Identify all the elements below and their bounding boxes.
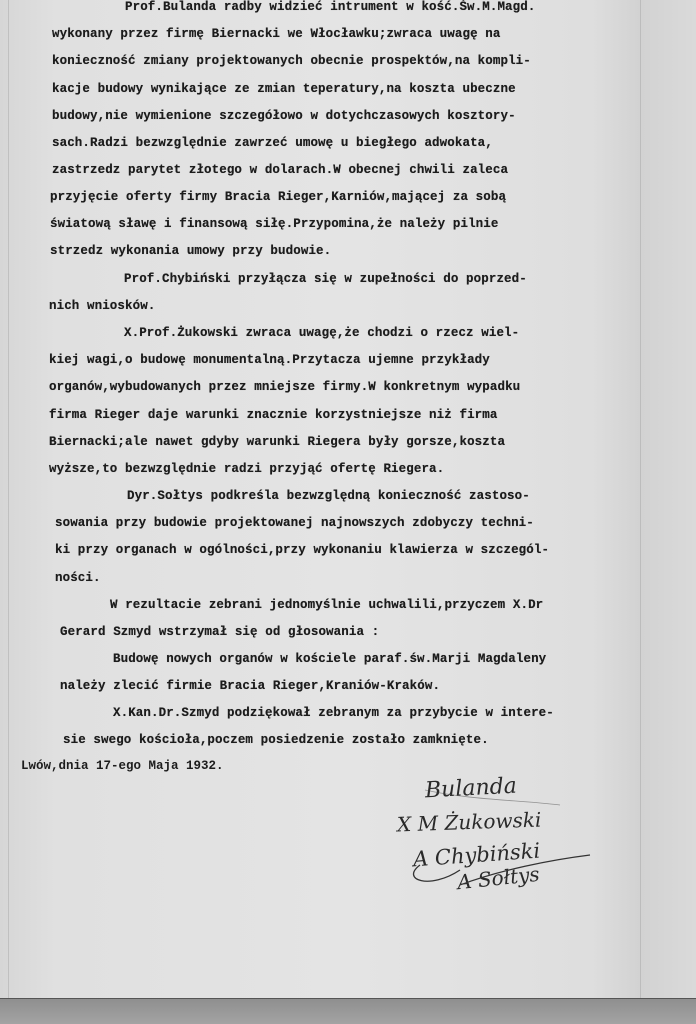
text-line: wykonany przez firmę Biernacki we Włocła… — [52, 27, 500, 41]
text-line: konieczność zmiany projektowanych obecni… — [52, 54, 531, 68]
text-line: Gerard Szmyd wstrzymał się od głosowania… — [60, 625, 379, 639]
text-line: kacje budowy wynikające ze zmian teperat… — [52, 82, 516, 96]
text-line: kiej wagi,o budowę monumentalną.Przytacz… — [49, 353, 490, 367]
text-line: sach.Radzi bezwzględnie zawrzeć umowę u … — [52, 136, 493, 150]
text-line: Budowę nowych organów w kościele paraf.ś… — [113, 652, 546, 666]
text-line: sowania przy budowie projektowanej najno… — [55, 516, 534, 530]
text-line: nich wniosków. — [49, 299, 155, 313]
text-line: Prof.Bulanda radby widzieć intrument w k… — [125, 0, 535, 14]
text-line: budowy,nie wymienione szczegółowo w doty… — [52, 109, 516, 123]
paper-edge — [8, 0, 9, 998]
text-line: strzedz wykonania umowy przy budowie. — [50, 244, 331, 258]
text-line: W rezultacie zebrani jednomyślnie uchwal… — [110, 598, 543, 612]
text-line: sie swego kościoła,poczem posiedzenie zo… — [63, 733, 489, 747]
text-line: Dyr.Sołtys podkreśla bezwzględną koniecz… — [127, 489, 530, 503]
text-line: ności. — [55, 571, 101, 585]
paper-fold — [640, 0, 641, 998]
place-date-line: Lwów,dnia 17-ego Maja 1932. — [21, 759, 224, 773]
text-line: organów,wybudowanych przez mniejsze firm… — [49, 380, 520, 394]
text-line: Biernacki;ale nawet gdyby warunki Rieger… — [49, 435, 505, 449]
text-line: zastrzedz parytet złotego w dolarach.W o… — [52, 163, 508, 177]
text-line: Prof.Chybiński przyłącza się w zupełnośc… — [124, 272, 527, 286]
text-line: X.Prof.Żukowski zwraca uwagę,że chodzi o… — [124, 326, 519, 340]
text-line: firma Rieger daje warunki znacznie korzy… — [49, 408, 497, 422]
document-page: Prof.Bulanda radby widzieć intrument w k… — [0, 0, 696, 999]
text-line: ki przy organach w ogólności,przy wykona… — [55, 543, 549, 557]
text-line: należy zlecić firmie Bracia Rieger,Krani… — [60, 679, 440, 693]
text-line: wyższe,to bezwzględnie radzi przyjąć ofe… — [49, 462, 444, 476]
text-line: przyjęcie oferty firmy Bracia Rieger,Kar… — [50, 190, 506, 204]
text-line: światową sławę i finansową siłę.Przypomi… — [50, 217, 498, 231]
signature-flourish-icon — [390, 770, 620, 910]
text-line: X.Kan.Dr.Szmyd podziękował zebranym za p… — [113, 706, 554, 720]
background-surface — [0, 999, 696, 1024]
